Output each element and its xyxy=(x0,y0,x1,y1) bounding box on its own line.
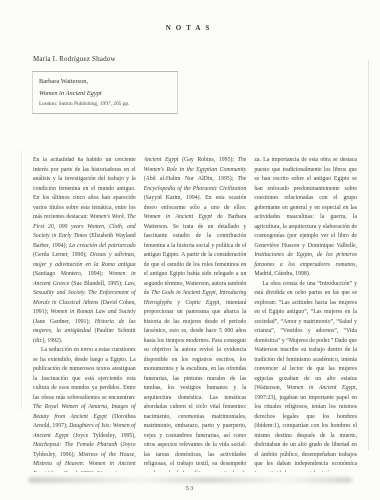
book-citation-box: Barbara Watterson, Women in Ancient Egyp… xyxy=(32,71,178,114)
body-text-run: (Anne Capel, 1996); xyxy=(48,471,97,473)
book-title: Women in Ancient Egypt xyxy=(39,88,171,100)
body-text-run: , intentará proporcionar un panorama que… xyxy=(144,300,247,473)
cited-work-title: La creación del patriarcado xyxy=(69,243,136,249)
body-text-run: (Sayyid Karim, 1994). En esta ocasión de… xyxy=(144,195,247,211)
scan-edge-artifact-right xyxy=(368,60,369,450)
cited-work-title: Instituciones de Egipto, de los primeros… xyxy=(254,252,357,268)
body-text-run: La seducción en torno a estas cuestiones… xyxy=(33,347,136,401)
body-text-run: En la actualidad ha habido un creciente … xyxy=(33,157,136,220)
body-text: En la actualidad ha habido un creciente … xyxy=(33,156,357,472)
text-column-2: Ancient Egypt (Gay Robins, 1995); The Wo… xyxy=(144,156,247,472)
cited-work-title: Ancient Egypt xyxy=(144,157,182,163)
text-column-3: za. La importancia de esta obra se desta… xyxy=(254,156,357,472)
running-head: NOTAS xyxy=(0,24,380,32)
body-text-run: (Gay Robins, 1995); xyxy=(182,157,237,163)
body-text-run: (Joyce Tyldesley, 1995), xyxy=(73,433,135,439)
book-imprint: London: Sutton Publishing, 1997, 205 pp. xyxy=(39,99,171,110)
book-author: Barbara Watterson, xyxy=(39,76,171,88)
body-text-run: de Barbara Watterson. Se trata de un det… xyxy=(144,214,247,296)
paragraph: La seducción en torno a estas cuestiones… xyxy=(33,346,136,472)
scan-shadow-band xyxy=(28,477,352,483)
text-column-1: En la actualidad ha habido un creciente … xyxy=(33,156,136,472)
cited-work-title: Coptic Egypt xyxy=(185,300,219,306)
cited-work-title: Women in Roman Law and Society xyxy=(51,309,136,315)
scanned-journal-page: NOTAS María I. Rodríguez Shadow Barbara … xyxy=(0,0,380,500)
page-number: 53 xyxy=(0,485,380,492)
body-text-run: (Sue Blundell, 1995); xyxy=(71,281,124,287)
paragraph: za. La importancia de esta obra se desta… xyxy=(254,156,357,280)
body-text-run: La obra consta de una “Introducción” y e… xyxy=(254,281,357,392)
body-text-run: , 1997:23), jugaban un importante papel … xyxy=(254,385,357,472)
cited-work-title: Women in Ancient Egypt xyxy=(144,214,218,220)
paragraph: Ancient Egypt (Gay Robins, 1995); The Wo… xyxy=(144,156,247,472)
body-text-run: (Jane Gardner, 1991); xyxy=(33,319,95,325)
body-text-run: (Abd al-Halim Nur AlDin, 1995); xyxy=(144,176,238,182)
paragraph: En la actualidad ha habido un creciente … xyxy=(33,156,136,346)
cited-work-title: Women in Ancient Egypt xyxy=(287,385,356,391)
body-text-run: (Santiago Montero, 1994); xyxy=(33,271,109,277)
paragraph: La obra consta de una “Introducción” y e… xyxy=(254,280,357,473)
cited-work-title: Hatchepsut: The Female Pharaoh xyxy=(33,442,121,448)
body-text-run: (Gerda Lerner, 1990); xyxy=(33,252,90,258)
reviewer-name: María I. Rodríguez Shadow xyxy=(33,55,116,63)
body-text-run: za. La importancia de esta obra se desta… xyxy=(254,157,357,249)
cited-work-title: Women in xyxy=(97,471,120,473)
scan-edge-artifact-left xyxy=(21,150,22,410)
